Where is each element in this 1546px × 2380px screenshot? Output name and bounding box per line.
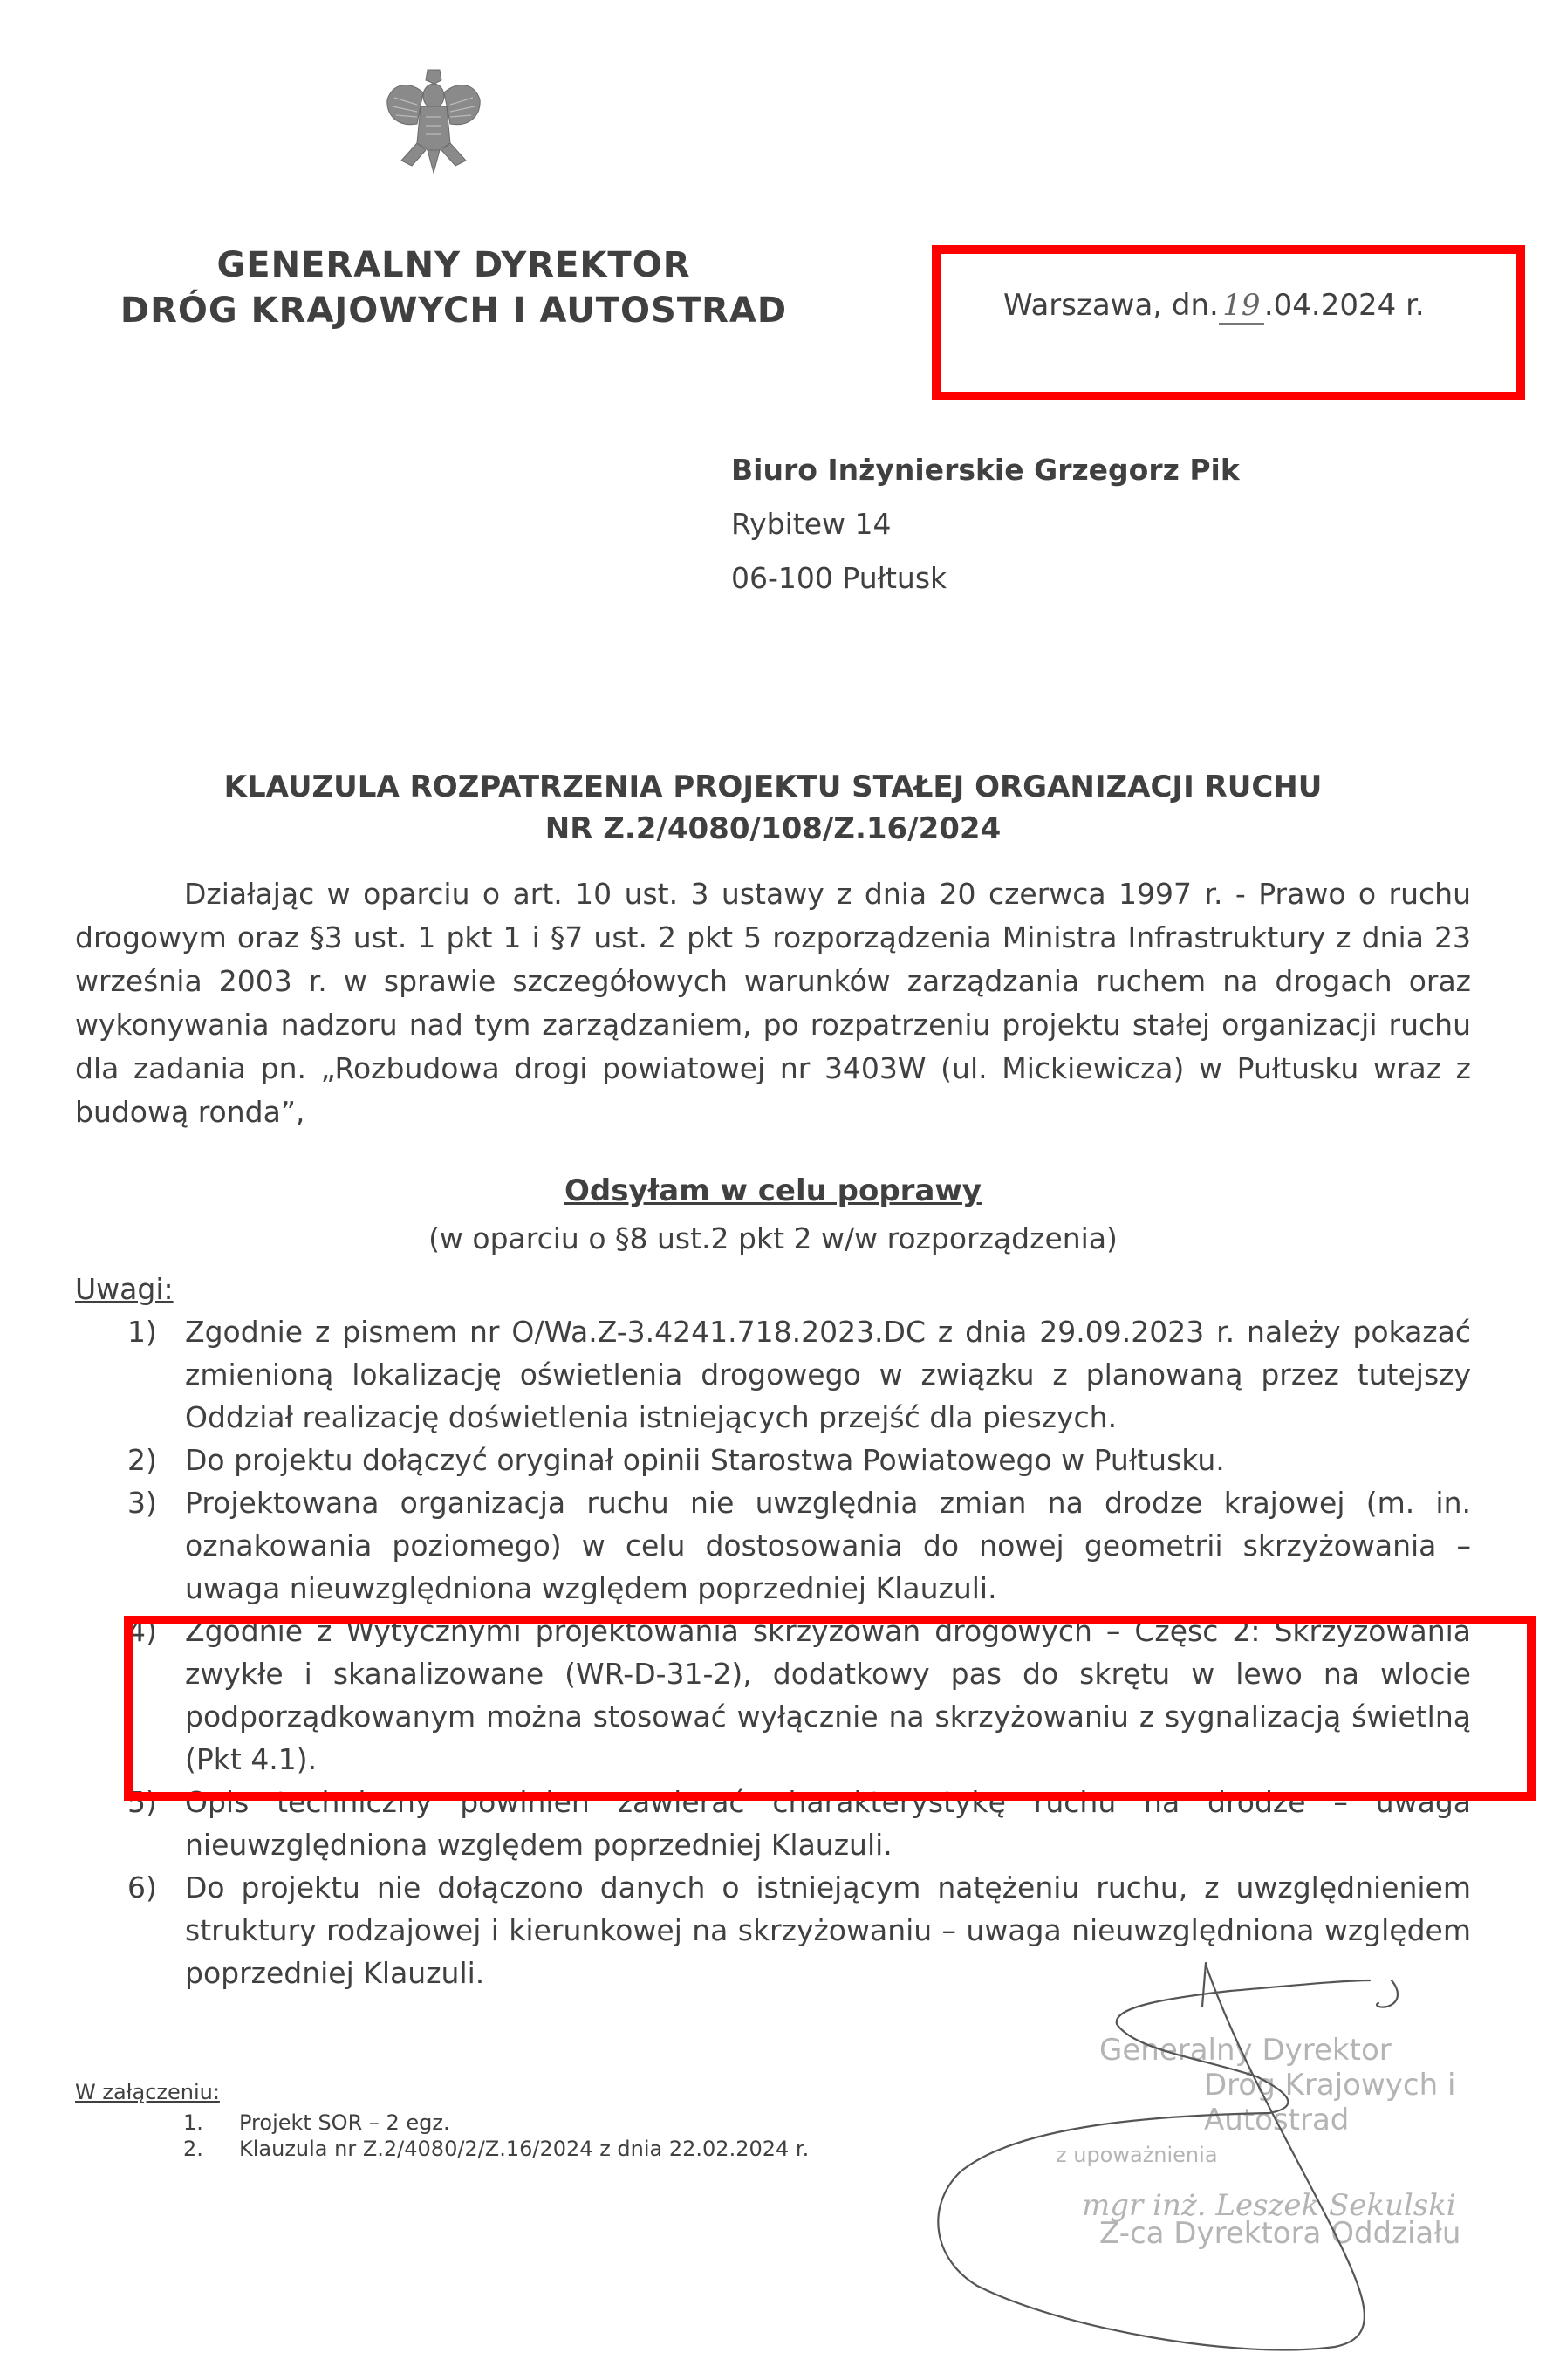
attachment-item: 2.Klauzula nr Z.2/4080/2/Z.16/2024 z dni… (183, 2136, 809, 2162)
note-text: Projektowana organizacja ruchu nie uwzgl… (185, 1481, 1471, 1610)
intro-paragraph: Działając w oparciu o art. 10 ust. 3 ust… (75, 872, 1471, 1134)
note-number: 6) (127, 1866, 185, 1994)
date-prefix: Warszawa, dn. (1003, 288, 1219, 323)
attachment-text: Projekt SOR – 2 egz. (239, 2110, 450, 2135)
attachment-item: 1.Projekt SOR – 2 egz. (183, 2110, 809, 2136)
attachment-text: Klauzula nr Z.2/4080/2/Z.16/2024 z dnia … (239, 2137, 809, 2161)
document-number: NR Z.2/4080/108/Z.16/2024 (87, 808, 1459, 850)
note-text: Do projektu dołączyć oryginał opinii Sta… (185, 1439, 1471, 1481)
issuer-line-2: DRÓG KRAJOWYCH I AUTOSTRAD (79, 288, 829, 333)
note-number: 1) (127, 1310, 185, 1439)
decision-legal-basis: (w oparciu o §8 ust.2 pkt 2 w/w rozporzą… (75, 1221, 1471, 1255)
decision-heading: Odsyłam w celu poprawy (75, 1173, 1471, 1208)
issuer-heading: GENERALNY DYREKTOR DRÓG KRAJOWYCH I AUTO… (79, 243, 829, 333)
note-text: Zgodnie z pismem nr O/Wa.Z-3.4241.718.20… (185, 1310, 1471, 1439)
polish-eagle-emblem (382, 63, 485, 178)
date-day-handwritten: 19 (1219, 288, 1264, 325)
recipient-name: Biuro Inżynierskie Grzegorz Pik (731, 443, 1240, 497)
attachments-list: 1.Projekt SOR – 2 egz. 2.Klauzula nr Z.2… (183, 2110, 809, 2162)
date-suffix: .04.2024 r. (1264, 288, 1425, 323)
document-title-line-1: KLAUZULA ROZPATRZENIA PROJEKTU STAŁEJ OR… (87, 766, 1459, 808)
recipient-address: Biuro Inżynierskie Grzegorz Pik Rybitew … (731, 443, 1240, 605)
document-date: Warszawa, dn.19.04.2024 r. (1003, 288, 1425, 325)
issuer-line-1: GENERALNY DYREKTOR (79, 243, 829, 288)
recipient-street: Rybitew 14 (731, 497, 1240, 551)
attachments-label: W załączeniu: (75, 2080, 220, 2104)
handwritten-signature (925, 1919, 1546, 2380)
document-title: KLAUZULA ROZPATRZENIA PROJEKTU STAŁEJ OR… (87, 766, 1459, 850)
note-item-2: 2) Do projektu dołączyć oryginał opinii … (127, 1439, 1471, 1481)
attachment-number: 2. (183, 2136, 239, 2162)
note-item-3: 3) Projektowana organizacja ruchu nie uw… (127, 1481, 1471, 1610)
recipient-city: 06-100 Pułtusk (731, 551, 1240, 605)
notes-label: Uwagi: (75, 1272, 174, 1306)
note-4-highlight-box (124, 1616, 1536, 1801)
attachment-number: 1. (183, 2110, 239, 2136)
note-number: 3) (127, 1481, 185, 1610)
note-item-1: 1) Zgodnie z pismem nr O/Wa.Z-3.4241.718… (127, 1310, 1471, 1439)
note-number: 2) (127, 1439, 185, 1481)
intro-text: Działając w oparciu o art. 10 ust. 3 ust… (75, 877, 1471, 1129)
